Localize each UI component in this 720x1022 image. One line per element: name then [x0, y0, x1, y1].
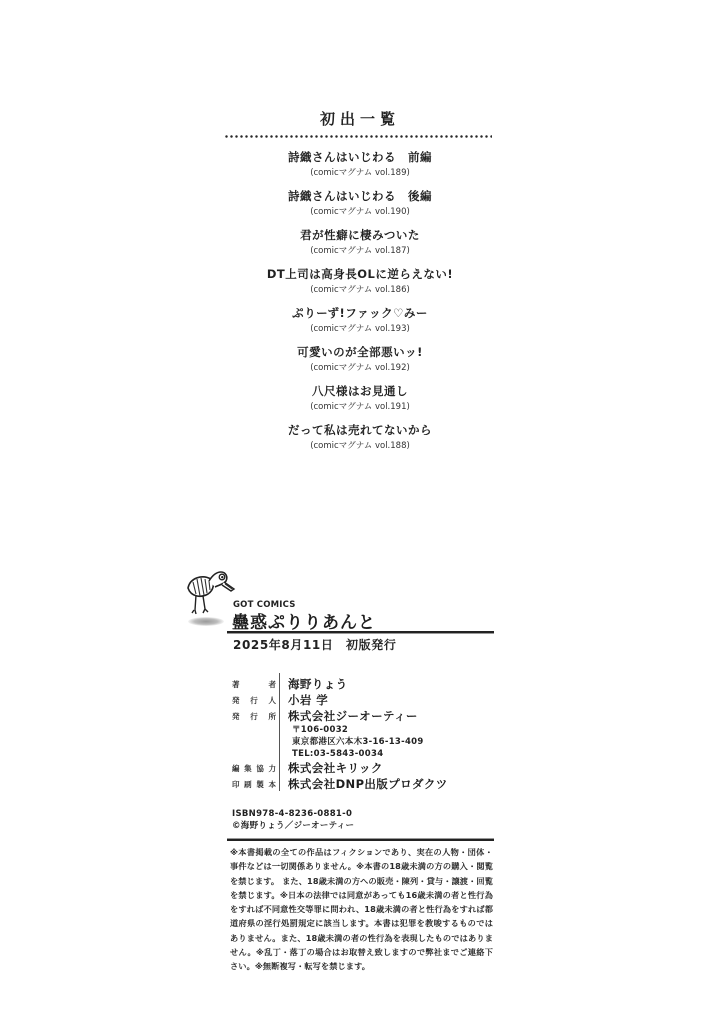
role-char: 製	[256, 779, 264, 790]
story-title: だって私は売れてないから	[210, 423, 510, 438]
story-title: 八尺様はお見通し	[210, 384, 510, 399]
first-appearance-list: 詩織さんはいじわる 前編 (comicマグナム vol.189) 詩織さんはいじ…	[210, 150, 510, 462]
publishing-house-name: 株式会社ジーオーティー	[288, 708, 418, 724]
story-source: (comicマグナム vol.187)	[210, 245, 510, 257]
copyright: ©海野りょう／ジーオーティー	[232, 820, 354, 832]
story-title: DT上司は高身長OLに逆らえない!	[210, 267, 510, 282]
role-char: 本	[268, 779, 276, 790]
role-char: 集	[244, 763, 252, 774]
role-char: 発	[232, 711, 240, 722]
legal-notice: ※本書掲載の全ての作品はフィクションであり、実在の人物・団体・事件などは一切関係…	[230, 845, 493, 974]
printing-company-name: 株式会社DNP出版プロダクツ	[288, 776, 448, 792]
staff-row-editorial: 編 集 協 力 株式会社キリック	[232, 760, 494, 776]
role-char: 者	[269, 679, 277, 690]
story-title: 可愛いのが全部悪いッ!	[210, 345, 510, 360]
list-item: だって私は売れてないから (comicマグナム vol.188)	[210, 423, 510, 462]
story-title: 君が性癖に棲みついた	[210, 228, 510, 243]
story-source: (comicマグナム vol.193)	[210, 323, 510, 335]
story-source: (comicマグナム vol.192)	[210, 362, 510, 374]
role-char: 編	[232, 763, 240, 774]
list-item: 詩織さんはいじわる 後編 (comicマグナム vol.190)	[210, 189, 510, 228]
role-char: 発	[232, 695, 240, 706]
list-item: 君が性癖に棲みついた (comicマグナム vol.187)	[210, 228, 510, 267]
phone-number: TEL:03-5843-0034	[292, 748, 494, 760]
role-label: 印 刷 製 本	[232, 776, 276, 790]
mascot-shadow	[188, 617, 224, 626]
role-char: 刷	[244, 779, 252, 790]
list-item: 可愛いのが全部悪いッ! (comicマグナム vol.192)	[210, 345, 510, 384]
title-divider	[227, 631, 494, 633]
list-item: 八尺様はお見通し (comicマグナム vol.191)	[210, 384, 510, 423]
story-source: (comicマグナム vol.186)	[210, 284, 510, 296]
postal-code: 〒106-0032	[292, 724, 494, 736]
publication-date: 2025年8月11日 初版発行	[233, 636, 396, 653]
role-label: 編 集 協 力	[232, 760, 276, 774]
story-title: ぷりーず!ファック♡みー	[210, 306, 510, 321]
staff-credits: 著 者 海野りょう 発 行 人 小岩 学 発 行 所 株式会社ジーオーティー 〒…	[232, 676, 494, 792]
street-address: 東京都港区六本木3-16-13-409	[292, 736, 494, 748]
role-label: 発 行 所	[232, 708, 276, 722]
list-item: DT上司は高身長OLに逆らえない! (comicマグナム vol.186)	[210, 267, 510, 306]
author-name: 海野りょう	[288, 676, 348, 692]
book-identifiers: ISBN978-4-8236-0881-0 ©海野りょう／ジーオーティー	[232, 808, 354, 832]
notice-divider	[227, 839, 494, 841]
role-char: 所	[269, 711, 277, 722]
staff-row-printing: 印 刷 製 本 株式会社DNP出版プロダクツ	[232, 776, 494, 792]
staff-row-publisher: 発 行 人 小岩 学	[232, 692, 494, 708]
first-appearance-heading: 初出一覧	[0, 108, 720, 129]
role-char: 行	[250, 695, 258, 706]
publisher-name: 小岩 学	[288, 692, 328, 708]
story-source: (comicマグナム vol.189)	[210, 167, 510, 179]
list-item: ぷりーず!ファック♡みー (comicマグナム vol.193)	[210, 306, 510, 345]
staff-row-publishing-house: 発 行 所 株式会社ジーオーティー	[232, 708, 494, 724]
story-source: (comicマグナム vol.188)	[210, 440, 510, 452]
list-item: 詩織さんはいじわる 前編 (comicマグナム vol.189)	[210, 150, 510, 189]
role-label: 発 行 人	[232, 692, 276, 706]
role-char: 人	[269, 695, 277, 706]
story-source: (comicマグナム vol.190)	[210, 206, 510, 218]
role-char: 力	[268, 763, 276, 774]
story-title: 詩織さんはいじわる 後編	[210, 189, 510, 204]
role-char: 著	[232, 679, 240, 690]
story-title: 詩織さんはいじわる 前編	[210, 150, 510, 165]
staff-row-author: 著 者 海野りょう	[232, 676, 494, 692]
role-char: 行	[250, 711, 258, 722]
publisher-address: 〒106-0032 東京都港区六本木3-16-13-409 TEL:03-584…	[292, 724, 494, 760]
book-title: 蠱惑ぷりりあんと	[232, 608, 376, 633]
role-label: 著 者	[232, 676, 276, 690]
role-char: 協	[256, 763, 264, 774]
dotted-divider	[224, 135, 492, 138]
editorial-cooperation-name: 株式会社キリック	[288, 760, 383, 776]
isbn: ISBN978-4-8236-0881-0	[232, 808, 354, 820]
role-char: 印	[232, 779, 240, 790]
story-source: (comicマグナム vol.191)	[210, 401, 510, 413]
